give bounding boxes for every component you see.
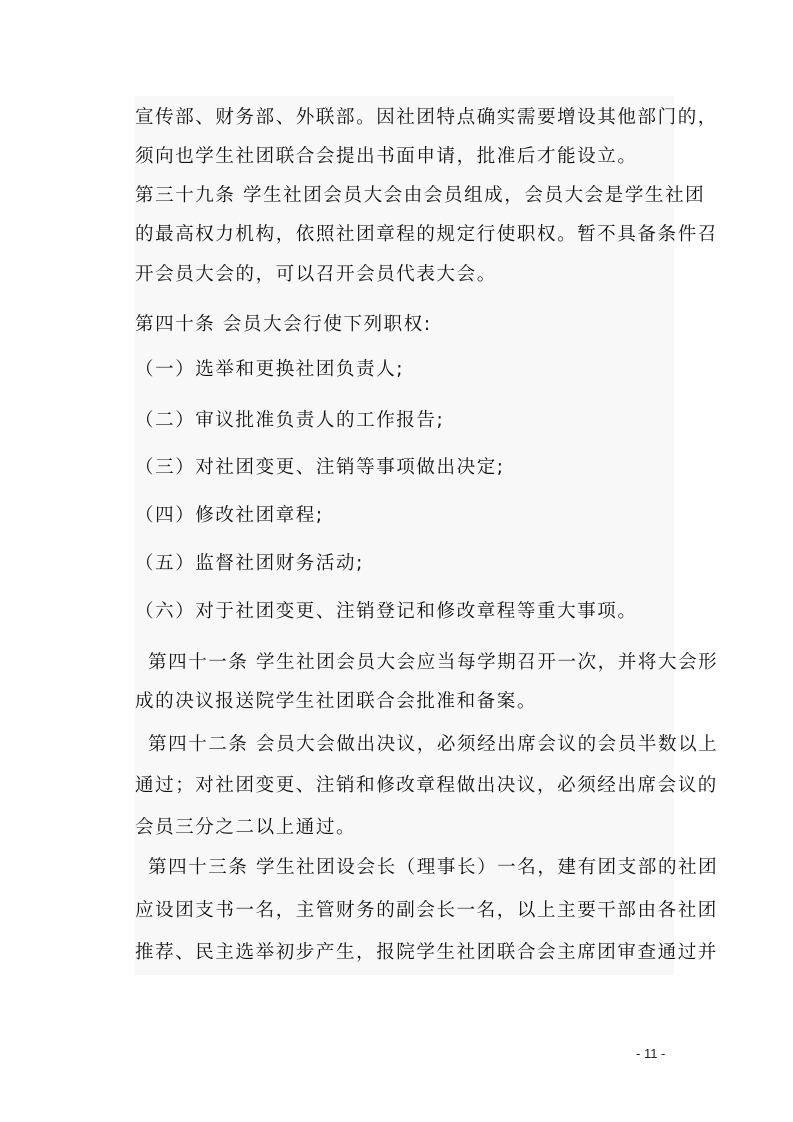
- page-number: - 11 -: [636, 1046, 665, 1062]
- text-line: 推荐、民主选举初步产生，报院学生社团联合会主席团审查通过并: [135, 941, 674, 965]
- list-item: （三）对社团变更、注销等事项做出决定;: [135, 456, 674, 480]
- list-item: （五）监督社团财务活动;: [135, 552, 674, 576]
- text-line: 宣传部、财务部、外联部。因社团特点确实需要增设其他部门的，: [135, 106, 674, 130]
- text-line: 通过；对社团变更、注销和修改章程做出决议，必须经出席会议的: [135, 774, 674, 798]
- text-line: 开会员大会的，可以召开会员代表大会。: [135, 263, 674, 287]
- text-line: 成的决议报送院学生社团联合会批准和备案。: [135, 690, 674, 714]
- list-item: （一）选举和更换社团负责人;: [135, 358, 674, 382]
- text-line: 须向也学生社团联合会提出书面申请，批准后才能设立。: [135, 145, 674, 169]
- article-41-line: 第四十一条 学生社团会员大会应当每学期召开一次，并将大会形: [148, 651, 687, 675]
- text-line: 应设团支书一名，主管财务的副会长一名，以上主要干部由各社团: [135, 899, 674, 923]
- article-42-line: 第四十二条 会员大会做出决议，必须经出席会议的会员半数以上: [148, 733, 687, 757]
- list-item: （四）修改社团章程;: [135, 504, 674, 528]
- article-40-line: 第四十条 会员大会行使下列职权:: [135, 313, 674, 337]
- list-item: （二）审议批准负责人的工作报告;: [135, 409, 674, 433]
- text-line: 会员三分之二以上通过。: [135, 816, 674, 840]
- text-line: 的最高权力机构，依照社团章程的规定行使职权。暂不具备条件召: [135, 223, 674, 247]
- article-39-line: 第三十九条 学生社团会员大会由会员组成，会员大会是学生社团: [135, 184, 674, 208]
- article-43-line: 第四十三条 学生社团设会长（理事长）一名，建有团支部的社团: [148, 856, 687, 880]
- list-item: （六）对于社团变更、注销登记和修改章程等重大事项。: [135, 600, 674, 624]
